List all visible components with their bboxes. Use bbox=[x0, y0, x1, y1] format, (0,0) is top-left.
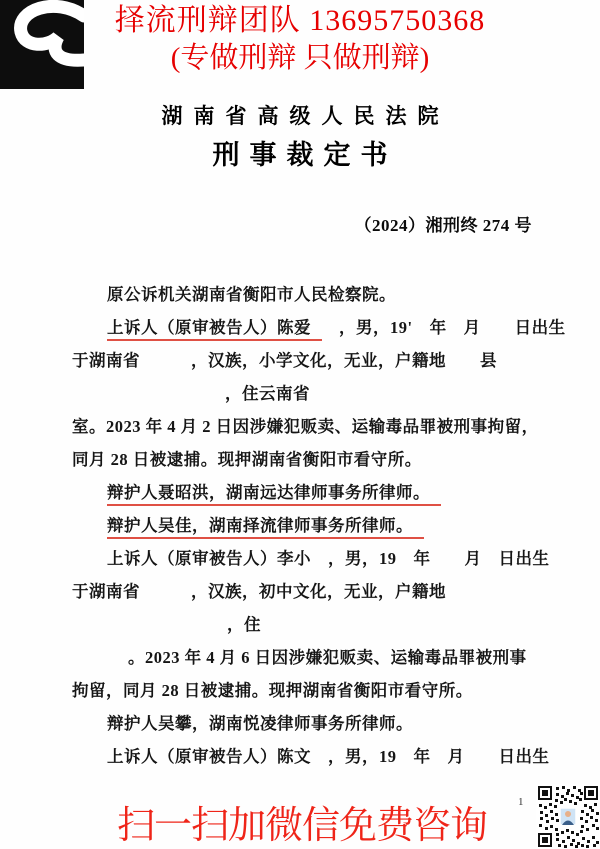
doc-line-defender-2: 辩护人吴佳，湖南择流律师事务所律师。 bbox=[107, 515, 424, 539]
doc-line-text: 原公诉机关湖南省衡阳市人民检察院。 bbox=[107, 285, 396, 304]
doc-line-text: 于湖南省 ，汉族，小学文化，无业，户籍地 县 bbox=[72, 351, 497, 370]
advert-slogan: (专做刑辩 只做刑辩) bbox=[0, 42, 600, 75]
doc-line: 室。2023 年 4 月 2 日因涉嫌犯贩卖、运输毒品罪被刑事拘留， bbox=[72, 416, 539, 440]
document-title: 刑事裁定书 bbox=[0, 133, 600, 172]
doc-line-text: 于湖南省 ，汉族，初中文化，无业，户籍地 bbox=[72, 582, 446, 601]
doc-line: ，住云南省 bbox=[225, 383, 310, 407]
red-underline-text: 辩护人聂昭洪，湖南远达律师事务所律师。 bbox=[107, 483, 441, 506]
doc-line-text: 同月 28 日被逮捕。现押湖南省衡阳市看守所。 bbox=[72, 450, 422, 469]
doc-line-text: ，住云南省 bbox=[225, 384, 310, 403]
scanned-court-document: 择流刑辩团队 13695750368 (专做刑辩 只做刑辩) 湖南省高级人民法院… bbox=[0, 0, 600, 849]
doc-line-text: 上诉人（原审被告人）陈文 ，男，19 年 月 日出生 bbox=[107, 747, 550, 766]
page-number: 1 bbox=[518, 796, 524, 808]
doc-line: ，住 bbox=[227, 614, 261, 638]
doc-line: 。2023 年 4 月 6 日因涉嫌犯贩卖、运输毒品罪被刑事 bbox=[128, 647, 527, 671]
doc-line: 拘留，同月 28 日被逮捕。现押湖南省衡阳市看守所。 bbox=[72, 680, 473, 704]
doc-line-defender-3: 辩护人吴攀，湖南悦凌律师事务所律师。 bbox=[107, 713, 413, 737]
doc-line-text: ，男，19' 年 月 日出生 bbox=[322, 318, 566, 337]
red-underline-text: 辩护人吴佳，湖南择流律师事务所律师。 bbox=[107, 516, 424, 539]
doc-line-appellant-1: 上诉人（原审被告人）陈爱 ，男，19' 年 月 日出生 bbox=[107, 317, 566, 341]
doc-line-text: 室。2023 年 4 月 2 日因涉嫌犯贩卖、运输毒品罪被刑事拘留， bbox=[72, 417, 539, 436]
doc-line-text: 拘留，同月 28 日被逮捕。现押湖南省衡阳市看守所。 bbox=[72, 681, 473, 700]
doc-line: 于湖南省 ，汉族，初中文化，无业，户籍地 bbox=[72, 581, 446, 605]
advert-team-phone: 择流刑辩团队 13695750368 bbox=[0, 4, 600, 39]
court-name: 湖南省高级人民法院 bbox=[0, 100, 600, 130]
wechat-qr-code bbox=[536, 784, 600, 849]
case-number: （2024）湘刑终 274 号 bbox=[355, 211, 533, 236]
doc-line-prosecutor: 原公诉机关湖南省衡阳市人民检察院。 bbox=[107, 284, 396, 308]
advert-header: 择流刑辩团队 13695750368 (专做刑辩 只做刑辩) bbox=[0, 4, 600, 75]
doc-line-appellant-3: 上诉人（原审被告人）陈文 ，男，19 年 月 日出生 bbox=[107, 746, 550, 770]
doc-line-text: 辩护人吴攀，湖南悦凌律师事务所律师。 bbox=[107, 714, 413, 733]
doc-line: 同月 28 日被逮捕。现押湖南省衡阳市看守所。 bbox=[72, 449, 422, 473]
advert-footer: 扫一扫加微信免费咨询 bbox=[117, 794, 487, 849]
doc-line-appellant-2: 上诉人（原审被告人）李小 ，男，19 年 月 日出生 bbox=[107, 548, 550, 572]
doc-line-text: ，住 bbox=[227, 615, 261, 634]
qr-code-image bbox=[536, 784, 600, 849]
doc-line-text: 上诉人（原审被告人）李小 ，男，19 年 月 日出生 bbox=[107, 549, 550, 568]
qr-avatar bbox=[560, 808, 576, 825]
doc-line-defender-1: 辩护人聂昭洪，湖南远达律师事务所律师。 bbox=[107, 482, 441, 506]
doc-line: 于湖南省 ，汉族，小学文化，无业，户籍地 县 bbox=[72, 350, 497, 374]
red-underline-text: 上诉人（原审被告人）陈爱 bbox=[107, 318, 322, 341]
doc-line-text: 。2023 年 4 月 6 日因涉嫌犯贩卖、运输毒品罪被刑事 bbox=[128, 648, 527, 667]
